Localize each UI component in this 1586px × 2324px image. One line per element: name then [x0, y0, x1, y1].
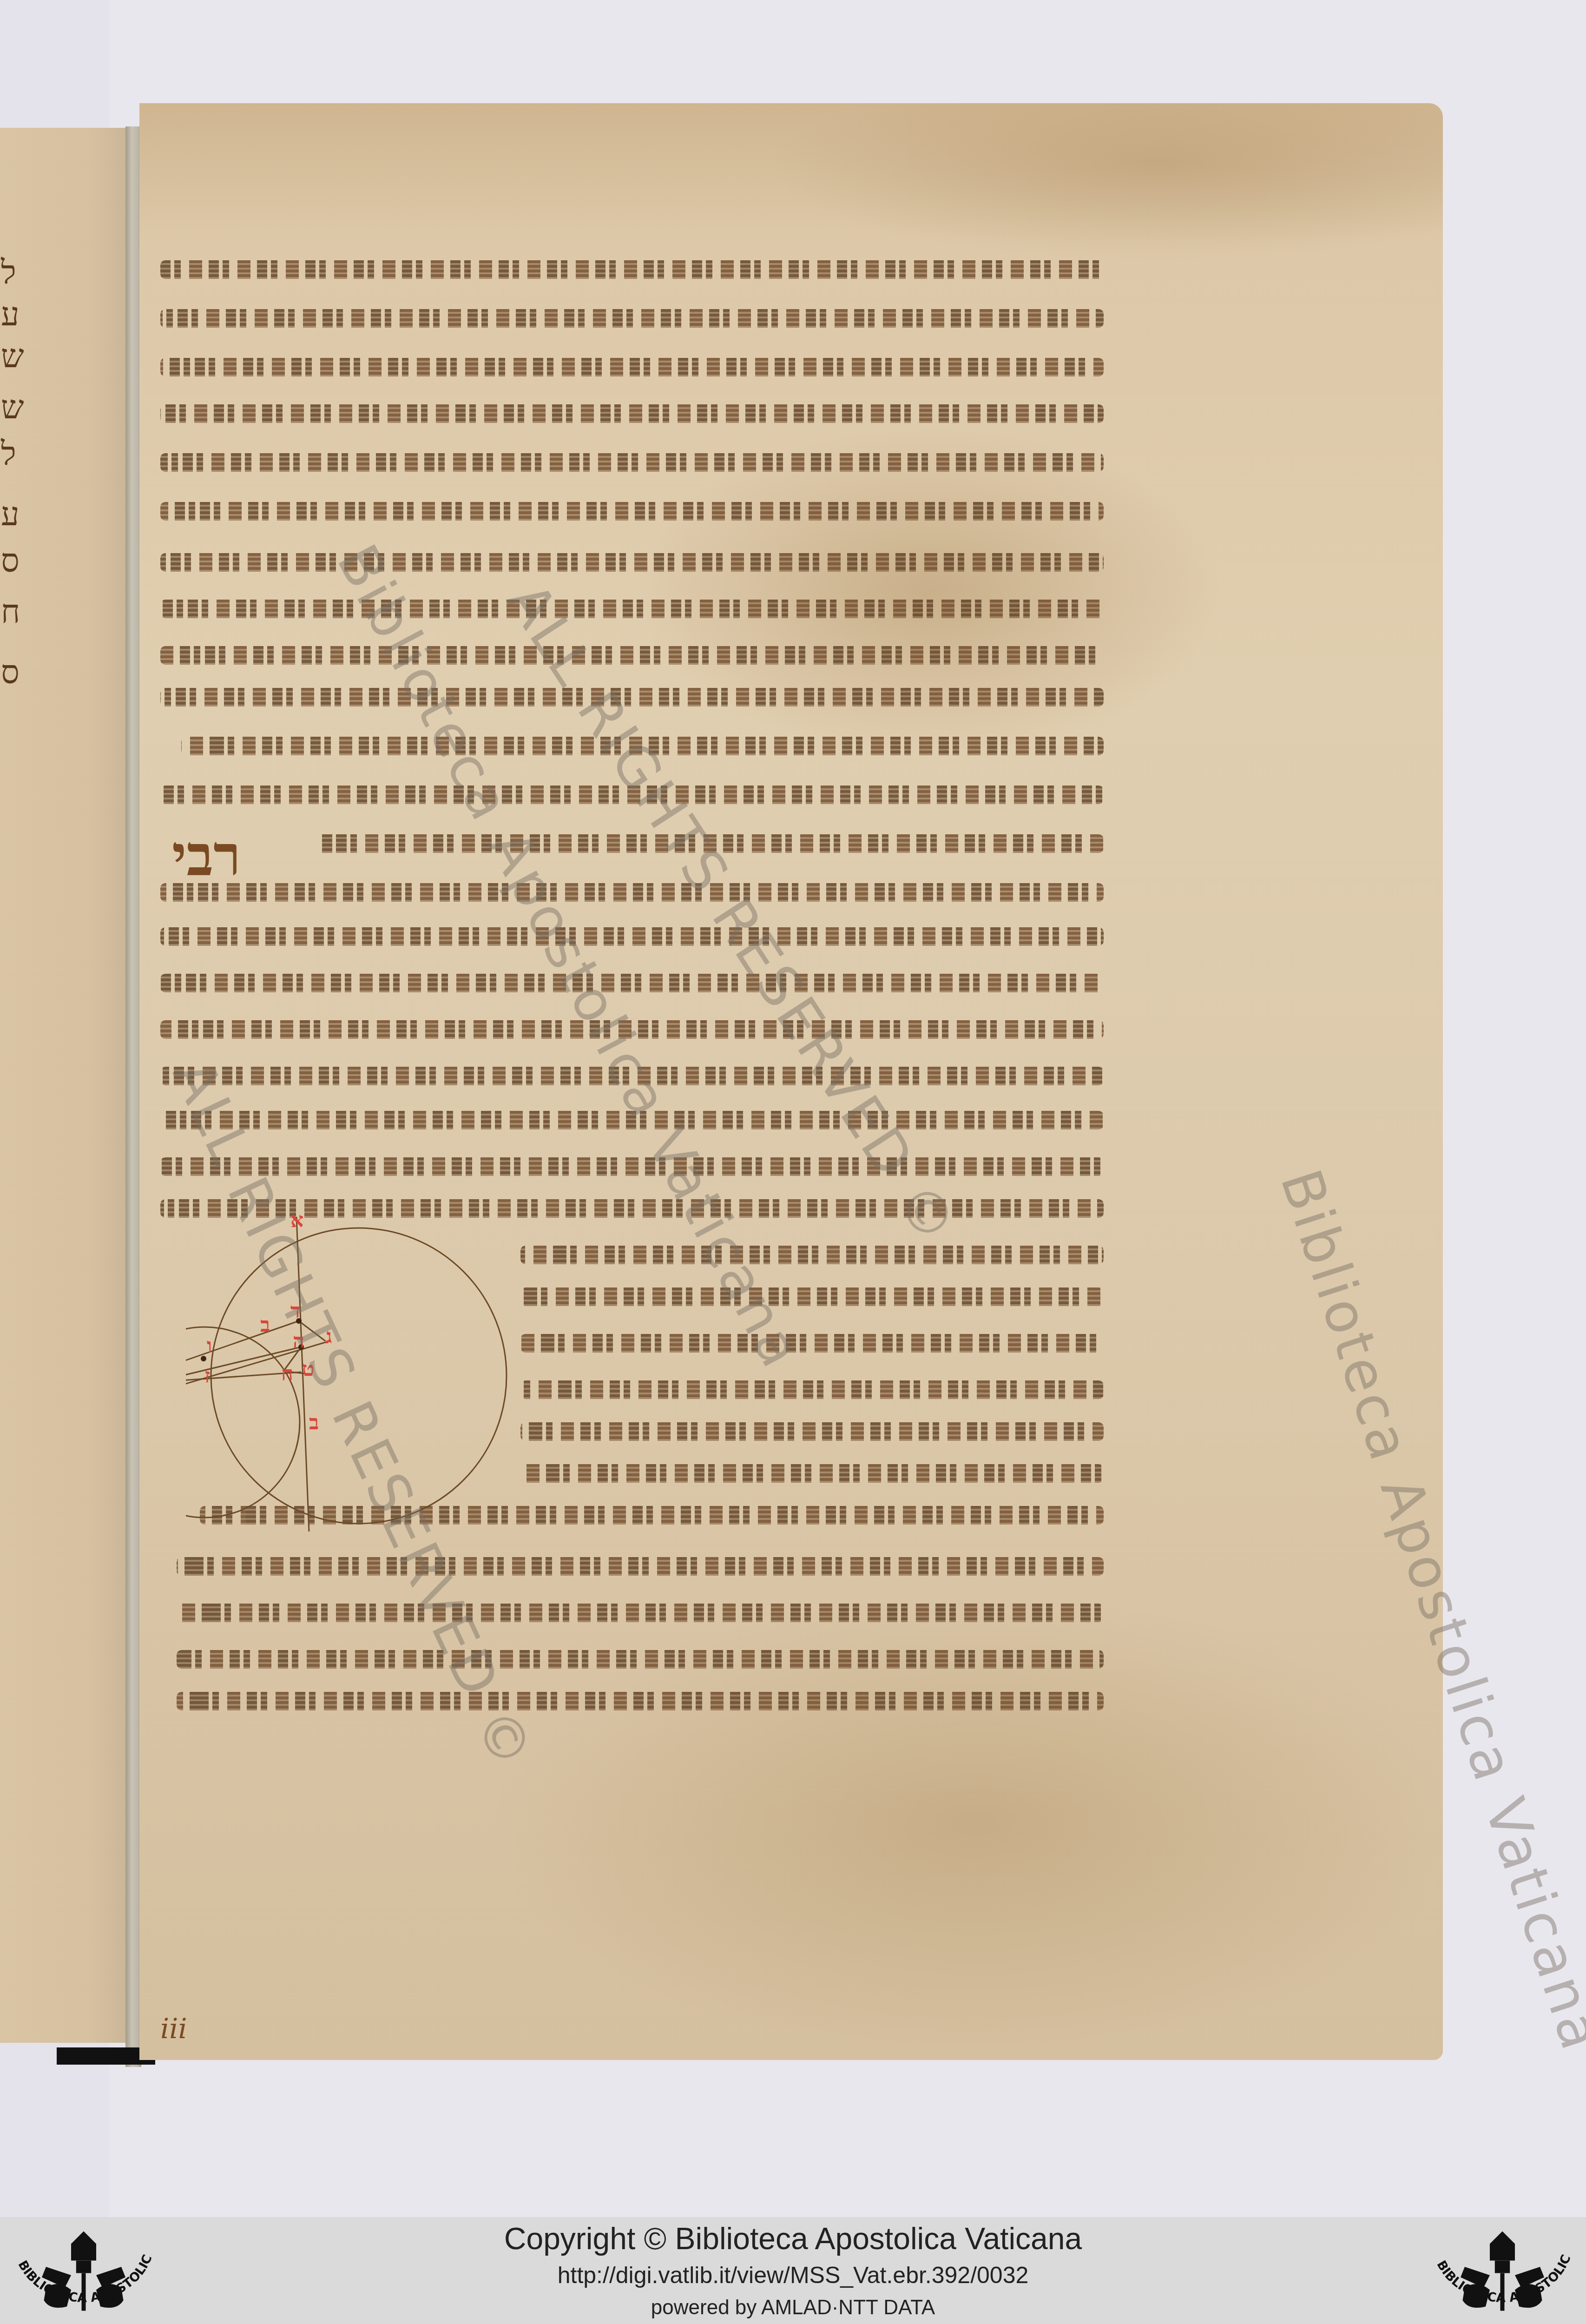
manuscript-text-line: [177, 1594, 1104, 1631]
diagram-label: ז: [204, 1364, 210, 1388]
manuscript-text-line: [160, 395, 1104, 432]
manuscript-text-line: [160, 918, 1104, 955]
margin-glyph: ש: [1, 337, 24, 376]
manuscript-text-line: [160, 493, 1104, 530]
manuscript-text-line: [160, 444, 1104, 481]
margin-glyph: ל: [1, 253, 16, 292]
book-gutter: [125, 126, 141, 2067]
copyright-text: Copyright © Biblioteca Apostolica Vatica…: [0, 2221, 1586, 2256]
left-page-text-edge: לעששלעסחס: [1, 128, 29, 2043]
manuscript-text-line: [177, 1548, 1104, 1585]
diagram-label: ו: [207, 1334, 212, 1358]
margin-glyph: ע: [1, 495, 20, 534]
diagram-label: ח: [281, 1362, 293, 1386]
foliation-mark: iii: [160, 2013, 187, 2045]
manuscript-text-line: [520, 1455, 1104, 1492]
left-facing-page: לעששלעסחס: [0, 128, 130, 2043]
manuscript-text-line: [160, 637, 1104, 674]
manuscript-text-line: [160, 544, 1104, 581]
manuscript-text-line: [160, 1148, 1104, 1185]
manuscript-text-line: [160, 349, 1104, 386]
margin-glyph: ש: [1, 388, 24, 427]
manuscript-text-line: [177, 1641, 1104, 1678]
manuscript-text-line: [520, 1278, 1104, 1315]
manuscript-text-line: [160, 964, 1104, 1002]
diagram-label: ב: [260, 1313, 270, 1337]
manuscript-text-line: [177, 1683, 1104, 1720]
manuscript-text-line: [160, 590, 1104, 627]
manuscript-text-line: [520, 1413, 1104, 1450]
manuscript-text-line: [520, 1371, 1104, 1408]
powered-by-text: powered by AMLAD·NTT DATA: [0, 2296, 1586, 2319]
margin-glyph: ח: [1, 593, 20, 631]
margin-glyph: ע: [1, 295, 20, 334]
manuscript-text-line: [520, 1325, 1104, 1362]
margin-glyph: ס: [1, 653, 20, 692]
margin-glyph: ס: [1, 541, 20, 580]
manuscript-text-line: [160, 251, 1104, 288]
margin-glyph: ל: [1, 435, 16, 473]
manuscript-text-line: [160, 874, 1104, 911]
permalink-url[interactable]: http://digi.vatlib.it/view/MSS_Vat.ebr.3…: [0, 2262, 1586, 2289]
section-heading-word: רבי: [172, 823, 241, 888]
manuscript-text-line: [160, 300, 1104, 337]
vatican-library-logo-right: BIBLIOTECA APOSTOLICA VATICANA: [1419, 2226, 1586, 2324]
water-stain: [139, 103, 1443, 243]
copyright-footer: BIBLIOTECA APOSTOLICA VATICANA Copyright…: [0, 2217, 1586, 2324]
manuscript-text-line: [520, 1236, 1104, 1274]
